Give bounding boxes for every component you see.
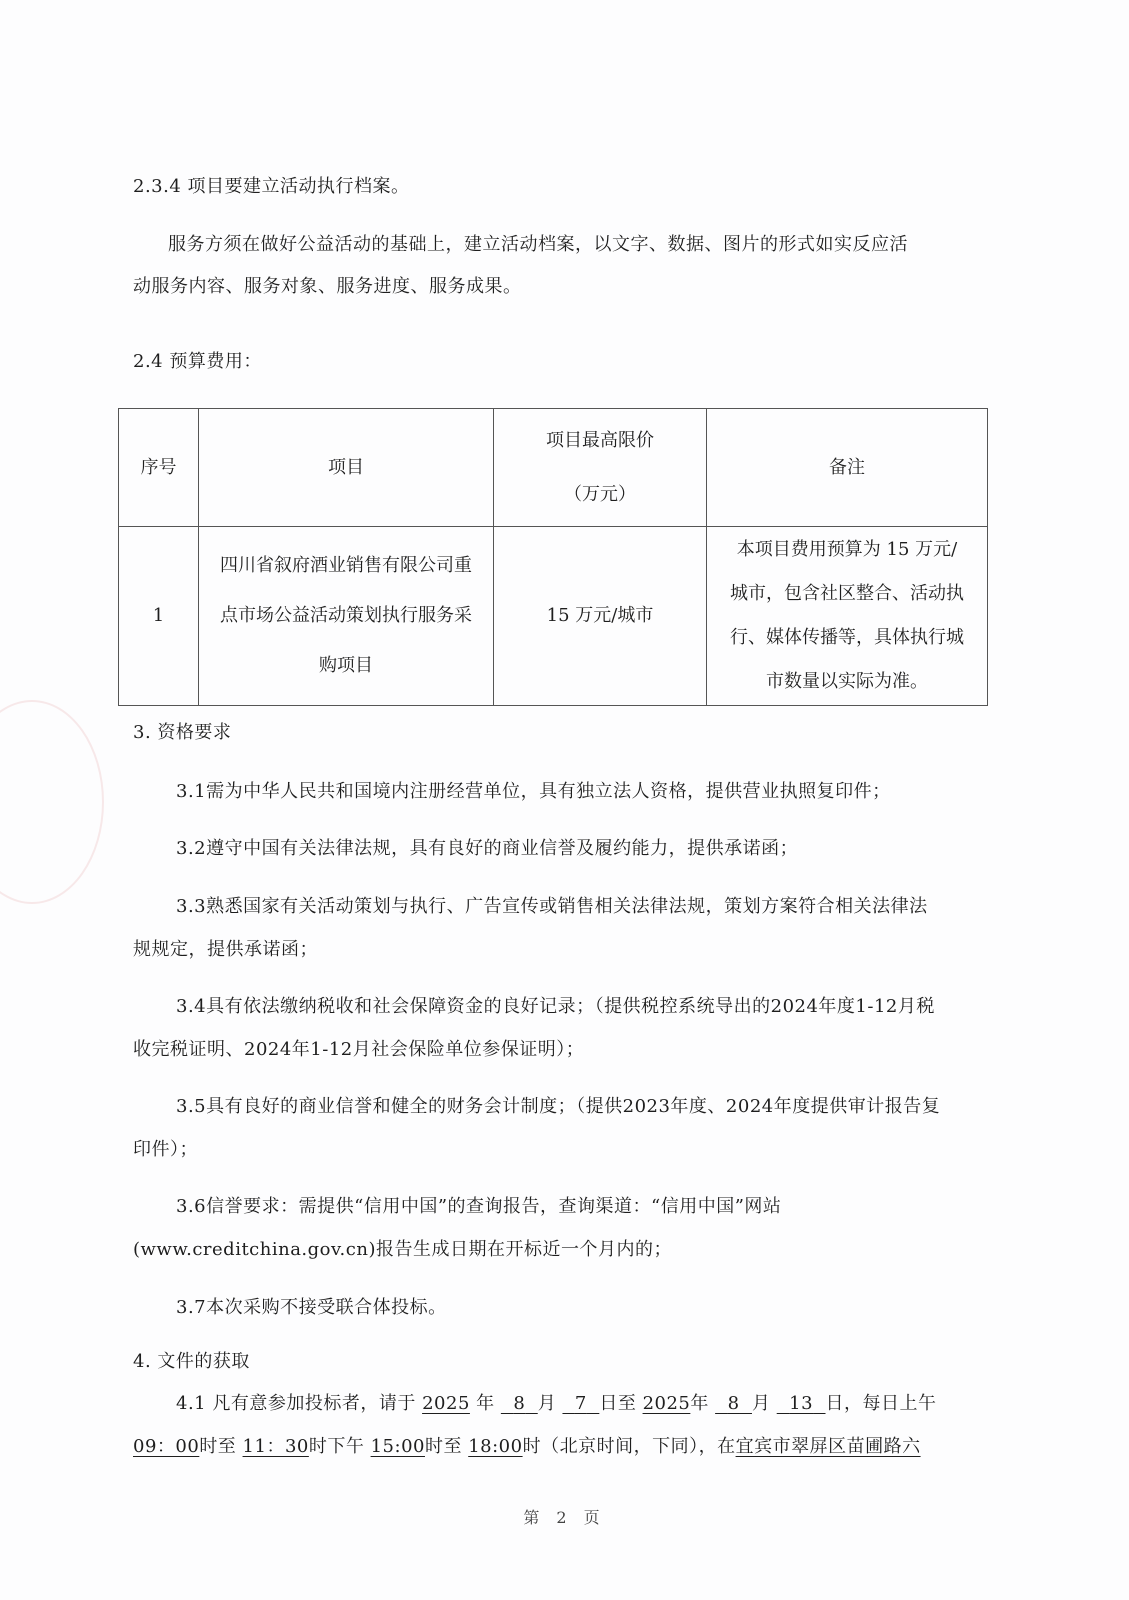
cell-price: 15 万元/城市 (494, 527, 707, 706)
page-number: 第 2 页 (0, 1505, 1129, 1528)
start-month: 8 (501, 1393, 538, 1414)
section-4-heading: 4. 文件的获取 (133, 1351, 250, 1373)
req-3-5-line1: 3.5具有良好的商业信誉和健全的财务会计制度；（提供2023年度、2024年度提… (176, 1096, 940, 1118)
start-year: 2025 (422, 1393, 470, 1414)
header-price: 项目最高限价 （万元） (494, 409, 707, 527)
section-2-4-heading: 2.4 预算费用： (133, 351, 262, 373)
table-header-row: 序号 项目 项目最高限价 （万元） 备注 (119, 409, 988, 527)
req-3-5-line2: 印件）； (133, 1139, 198, 1161)
cell-item-line: 四川省叙府酒业销售有限公司重 (207, 541, 485, 591)
text: 时至 (425, 1436, 462, 1457)
text: 时（北京时间，下同），在 (523, 1436, 736, 1457)
header-price-unit: （万元） (502, 475, 698, 515)
section-3-heading: 3. 资格要求 (133, 722, 231, 744)
text: 月 (752, 1393, 771, 1414)
req-3-4-line2: 收完税证明、2024年1-12月社会保险单位参保证明）； (133, 1039, 584, 1061)
section-2-3-4-para-line2: 动服务内容、服务对象、服务进度、服务成果。 (133, 276, 522, 298)
cell-note-line: 市数量以实际为准。 (715, 660, 979, 704)
section-4-1-line1: 4.1 凡有意参加投标者，请于 2025 年 8 月 7 日至 2025年 8 … (176, 1393, 937, 1415)
header-index: 序号 (119, 409, 199, 527)
budget-table: 序号 项目 项目最高限价 （万元） 备注 1 四川省叙府酒业销售有限公司重 点市… (118, 408, 988, 706)
cell-note-line: 本项目费用预算为 15 万元/ (715, 528, 979, 572)
cell-item-line: 点市场公益活动策划执行服务采 (207, 591, 485, 641)
end-month: 8 (715, 1393, 752, 1414)
cell-item-line: 购项目 (207, 641, 485, 691)
header-price-label: 项目最高限价 (502, 421, 698, 461)
pm-end-time: 18:00 (468, 1436, 522, 1457)
text: 时至 (199, 1436, 236, 1457)
text: 年 (690, 1393, 709, 1414)
req-3-2: 3.2遵守中国有关法律法规，具有良好的商业信誉及履约能力，提供承诺函； (176, 838, 798, 860)
text: 月 (538, 1393, 557, 1414)
cell-index: 1 (119, 527, 199, 706)
header-note: 备注 (707, 409, 988, 527)
req-3-3-line2: 规规定，提供承诺函； (133, 939, 318, 961)
text: 日至 (599, 1393, 636, 1414)
text: 日，每日上午 (826, 1393, 937, 1414)
section-2-3-4-para-line1: 服务方须在做好公益活动的基础上，建立活动档案，以文字、数据、图片的形式如实反应活 (168, 234, 908, 256)
cell-note-line: 城市，包含社区整合、活动执 (715, 572, 979, 616)
cell-note-line: 行、媒体传播等，具体执行城 (715, 616, 979, 660)
location: 宜宾市翠屏区苗圃路六 (736, 1436, 921, 1457)
text: 4.1 凡有意参加投标者，请于 (176, 1393, 416, 1414)
section-4-1-line2: 09：00时至 11：30时下午 15:00时至 18:00时（北京时间，下同）… (133, 1436, 921, 1458)
req-3-7: 3.7本次采购不接受联合体投标。 (176, 1297, 447, 1319)
start-day: 7 (562, 1393, 599, 1414)
am-start-time: 09：00 (133, 1436, 199, 1457)
cell-item: 四川省叙府酒业销售有限公司重 点市场公益活动策划执行服务采 购项目 (199, 527, 494, 706)
req-3-1: 3.1需为中华人民共和国境内注册经营单位，具有独立法人资格，提供营业执照复印件； (176, 781, 891, 803)
cell-note: 本项目费用预算为 15 万元/ 城市，包含社区整合、活动执 行、媒体传播等，具体… (707, 527, 988, 706)
section-2-3-4-heading: 2.3.4 项目要建立活动执行档案。 (133, 176, 410, 198)
end-day: 13 (777, 1393, 826, 1414)
am-end-time: 11：30 (243, 1436, 309, 1457)
header-item: 项目 (199, 409, 494, 527)
red-seal-stamp-faint (0, 700, 104, 904)
text: 年 (476, 1393, 495, 1414)
end-year: 2025 (643, 1393, 691, 1414)
table-row: 1 四川省叙府酒业销售有限公司重 点市场公益活动策划执行服务采 购项目 15 万… (119, 527, 988, 706)
req-3-6-line2: (www.creditchina.gov.cn)报告生成日期在开标近一个月内的； (133, 1239, 672, 1261)
req-3-4-line1: 3.4具有依法缴纳税收和社会保障资金的良好记录；（提供税控系统导出的2024年度… (176, 996, 935, 1018)
req-3-3-line1: 3.3熟悉国家有关活动策划与执行、广告宣传或销售相关法律法规，策划方案符合相关法… (176, 896, 928, 918)
pm-start-time: 15:00 (371, 1436, 425, 1457)
text: 时下午 (309, 1436, 365, 1457)
req-3-6-line1: 3.6信誉要求：需提供“信用中国”的查询报告，查询渠道：“信用中国”网站 (176, 1196, 781, 1218)
